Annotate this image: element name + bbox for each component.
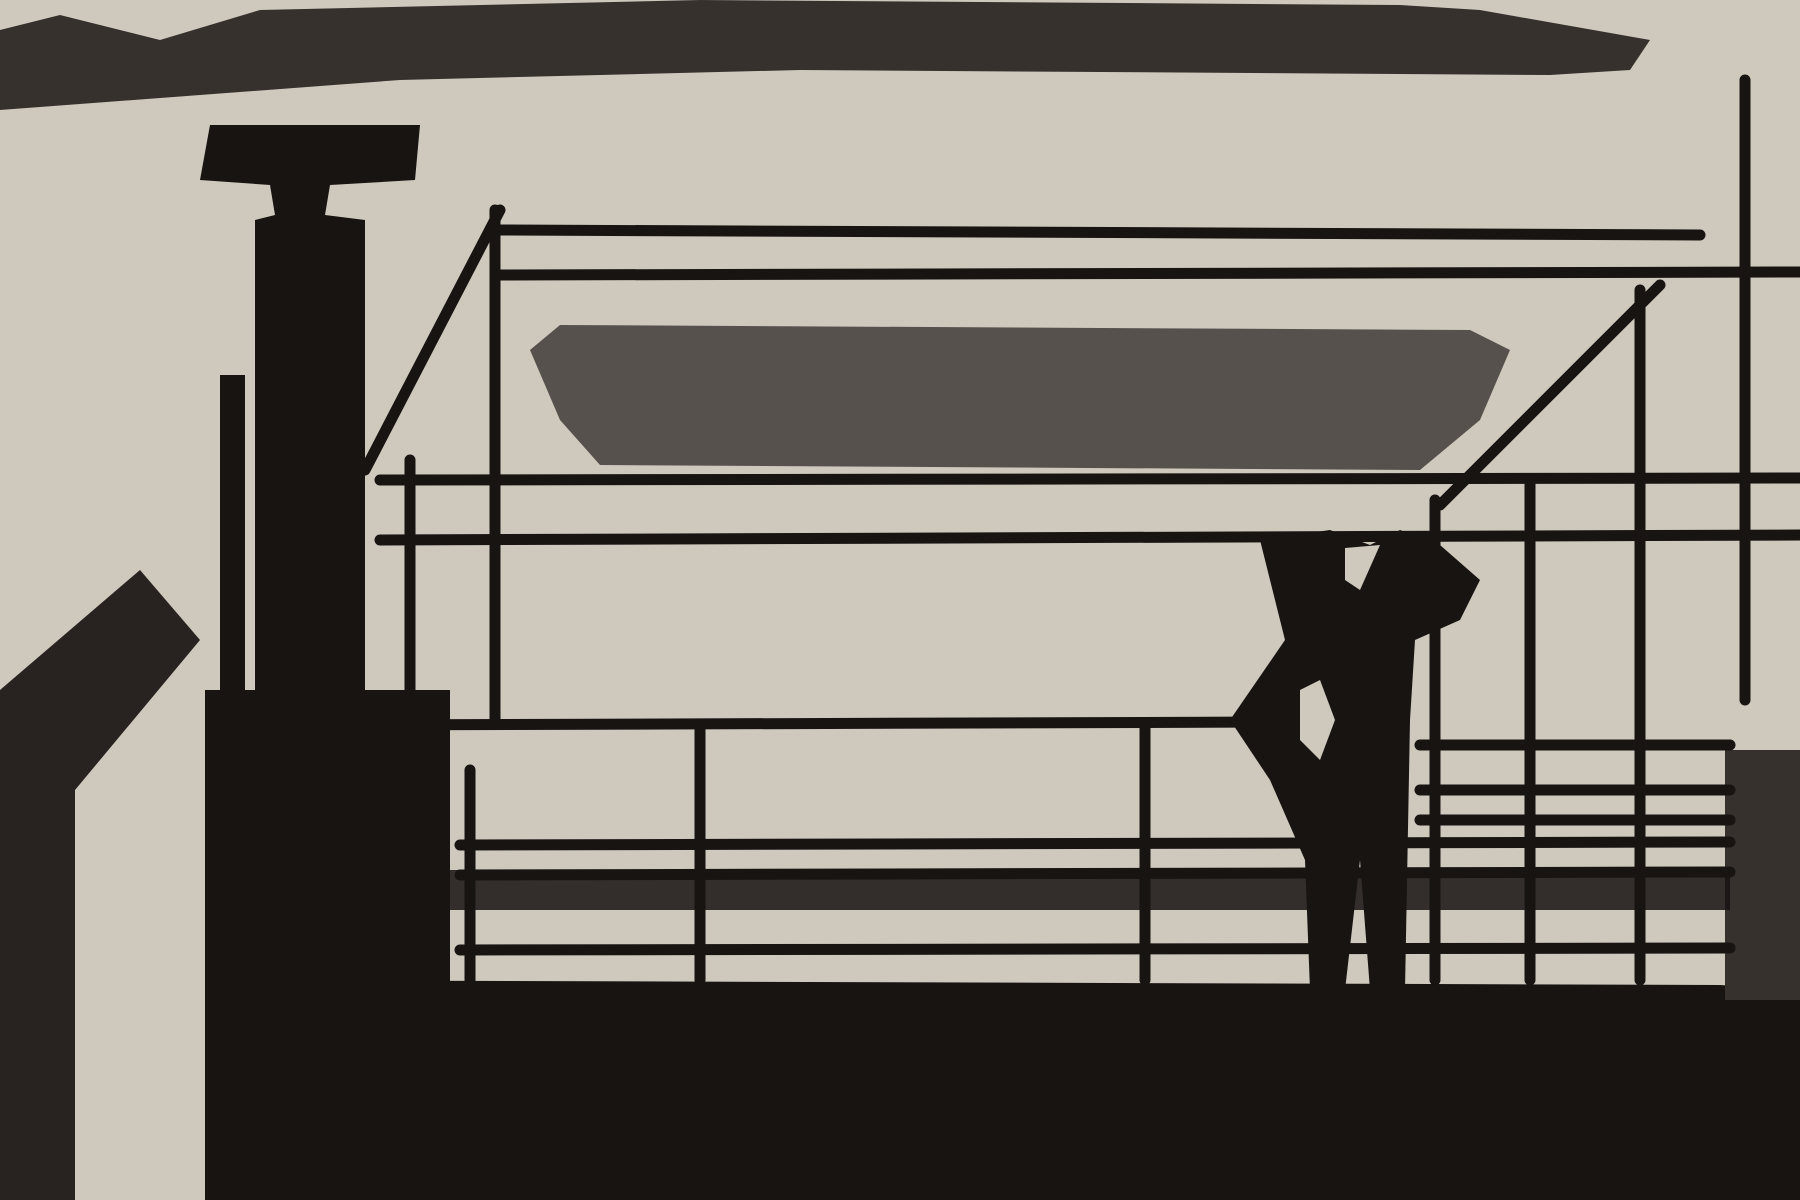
artwork (0, 0, 1800, 1200)
grain-texture (0, 0, 1800, 1200)
